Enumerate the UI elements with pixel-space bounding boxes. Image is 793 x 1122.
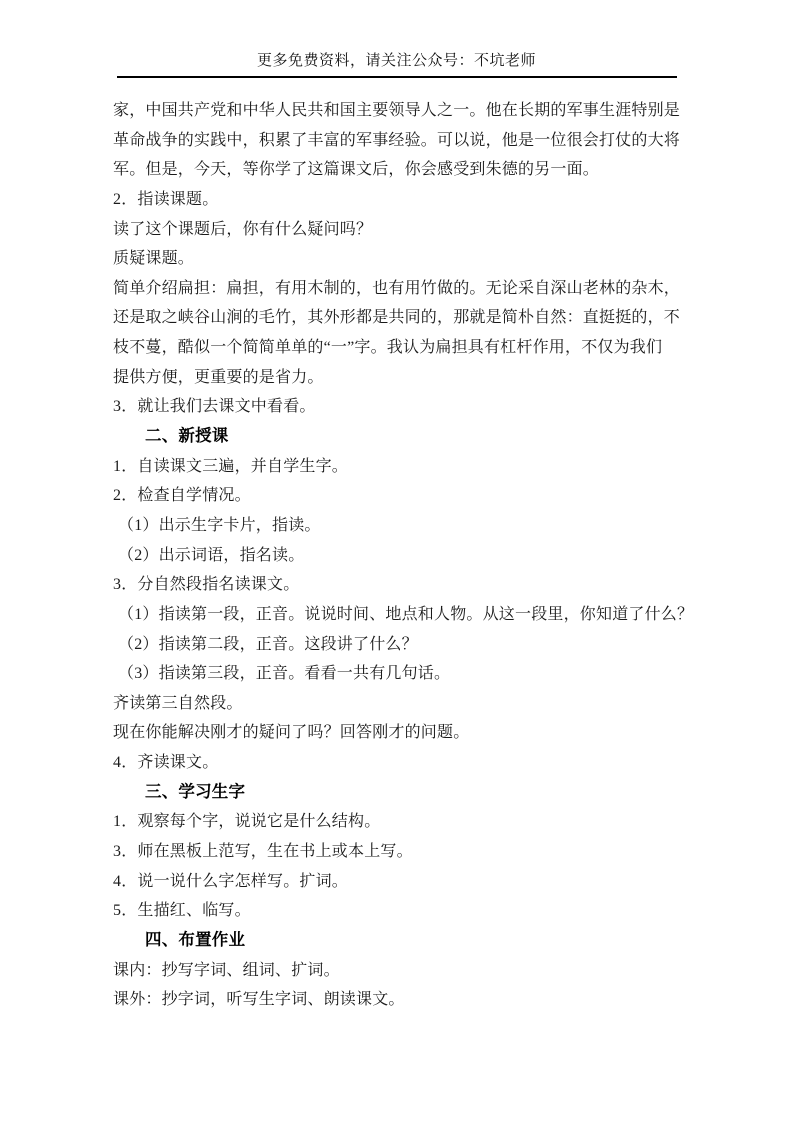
text-line: 课内：抄写字词、组词、扩词。 [113, 956, 685, 986]
text-line: 枝不蔓，酷似一个简简单单的“一”字。我认为扁担具有杠杆作用，不仅为我们 [113, 333, 685, 363]
section-heading: 四、布置作业 [113, 926, 685, 956]
text-line: 4．齐读课文。 [113, 748, 685, 778]
document-page: 更多免费资料，请关注公众号：不坑老师 家，中国共产党和中华人民共和国主要领导人之… [0, 0, 793, 1122]
text-line: 3．师在黑板上范写，生在书上或本上写。 [113, 837, 685, 867]
text-line: 5．生描红、临写。 [113, 896, 685, 926]
text-line: 1．自读课文三遍，并自学生字。 [113, 452, 685, 482]
text-line: 提供方便，更重要的是省力。 [113, 363, 685, 393]
header-divider [117, 76, 677, 78]
text-line: （2）指读第二段，正音。这段讲了什么？ [113, 630, 685, 660]
text-line: 还是取之峡谷山涧的毛竹，其外形都是共同的，那就是简朴自然：直挺挺的，不 [113, 303, 685, 333]
text-line: （3）指读第三段，正音。看看一共有几句话。 [113, 659, 685, 689]
section-heading: 三、学习生字 [113, 778, 685, 808]
header-note: 更多免费资料，请关注公众号：不坑老师 [0, 50, 793, 72]
text-line: 现在你能解决刚才的疑问了吗？回答刚才的问题。 [113, 718, 685, 748]
text-line: 3．分自然段指名读课文。 [113, 570, 685, 600]
text-line: （1）出示生字卡片，指读。 [113, 511, 685, 541]
text-line: 革命战争的实践中，积累了丰富的军事经验。可以说，他是一位很会打仗的大将 [113, 126, 685, 156]
text-line: 质疑课题。 [113, 244, 685, 274]
text-line: （1）指读第一段，正音。说说时间、地点和人物。从这一段里，你知道了什么？ [113, 600, 685, 630]
text-line: 1．观察每个字，说说它是什么结构。 [113, 807, 685, 837]
section-heading: 二、新授课 [113, 422, 685, 452]
document-body: 家，中国共产党和中华人民共和国主要领导人之一。他在长期的军事生涯特别是革命战争的… [113, 96, 685, 1015]
text-line: 军。但是，今天，等你学了这篇课文后，你会感受到朱德的另一面。 [113, 155, 685, 185]
text-line: 2．检查自学情况。 [113, 481, 685, 511]
text-line: 2．指读课题。 [113, 185, 685, 215]
text-line: 齐读第三自然段。 [113, 689, 685, 719]
text-line: 3．就让我们去课文中看看。 [113, 392, 685, 422]
text-line: （2）出示词语，指名读。 [113, 541, 685, 571]
text-line: 4．说一说什么字怎样写。扩词。 [113, 867, 685, 897]
text-line: 课外：抄字词，听写生字词、朗读课文。 [113, 985, 685, 1015]
text-line: 读了这个课题后，你有什么疑问吗？ [113, 215, 685, 245]
text-line: 简单介绍扁担：扁担，有用木制的，也有用竹做的。无论采自深山老林的杂木， [113, 274, 685, 304]
text-line: 家，中国共产党和中华人民共和国主要领导人之一。他在长期的军事生涯特别是 [113, 96, 685, 126]
